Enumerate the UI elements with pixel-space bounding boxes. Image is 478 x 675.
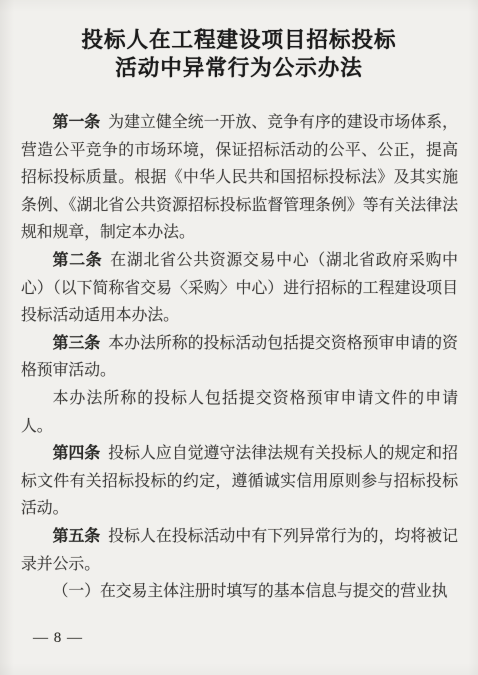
article-number: 第三条 — [53, 335, 101, 352]
document-body: 第一条为建立健全统一开放、竞争有序的建设市场体系，营造公平竞争的市场环境，保证招… — [21, 109, 458, 606]
document-title: 投标人在工程建设项目招标投标 活动中异常行为公示办法 — [0, 26, 478, 82]
document-title-line-2: 活动中异常行为公示办法 — [0, 54, 478, 82]
article-number: 第一条 — [53, 114, 101, 131]
scanned-document-page: 投标人在工程建设项目招标投标 活动中异常行为公示办法 第一条为建立健全统一开放、… — [0, 0, 478, 675]
paragraph: 第四条投标人应自觉遵守法律法规有关投标人的规定和招标文件有关招标投标的约定，遵循… — [21, 440, 458, 523]
paragraph-text: 为建立健全统一开放、竞争有序的建设市场体系，营造公平竞争的市场环境，保证招标活动… — [21, 114, 458, 241]
article-number: 第二条 — [53, 252, 103, 269]
paragraph: 第一条为建立健全统一开放、竞争有序的建设市场体系，营造公平竞争的市场环境，保证招… — [21, 109, 458, 247]
paragraph-text: （一）在交易主体注册时填写的基本信息与提交的营业执 — [53, 583, 448, 600]
paragraph-text: 本办法所称的投标人包括提交资格预审申请文件的申请人。 — [21, 390, 458, 435]
paragraph: 本办法所称的投标人包括提交资格预审申请文件的申请人。 — [21, 385, 458, 440]
document-title-line-1: 投标人在工程建设项目招标投标 — [0, 26, 478, 54]
page-number: — 8 — — [33, 630, 83, 647]
article-number: 第四条 — [53, 445, 101, 462]
article-number: 第五条 — [53, 528, 101, 545]
paragraph: 第五条投标人在投标活动中有下列异常行为的，均将被记录并公示。 — [21, 523, 458, 578]
paragraph: （一）在交易主体注册时填写的基本信息与提交的营业执 — [21, 578, 458, 606]
paragraph: 第二条在湖北省公共资源交易中心（湖北省政府采购中心）（以下简称省交易〈采购〉中心… — [21, 247, 458, 330]
paragraph: 第三条本办法所称的投标活动包括提交资格预审申请的资格预审活动。 — [21, 330, 458, 385]
